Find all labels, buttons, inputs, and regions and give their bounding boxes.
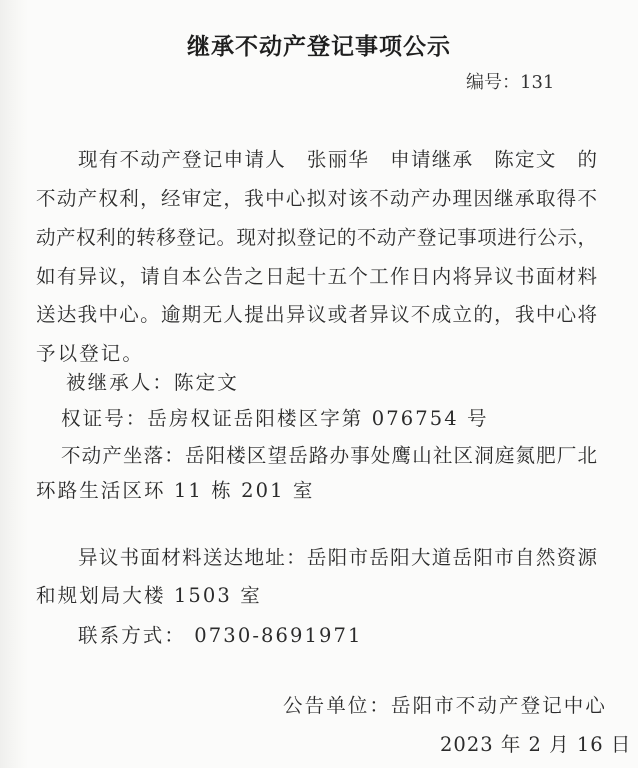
scanned-page-edge [0,0,28,768]
issue-date: 2023 年 2 月 16 日 [440,729,631,757]
document-number: 编号：131 [466,68,554,94]
paragraph-line: 如有异议，请自本公告之日起十五个工作日内将异议书面材料 [36,261,597,289]
location-line: 环路生活区环 11 栋 201 室 [36,475,315,503]
decedent-field: 被继承人：陈定文 [66,367,239,395]
address-line: 异议书面材料送达地址：岳阳市岳阳大道岳阳市自然资源 [78,542,597,570]
issuing-unit: 公告单位：岳阳市不动产登记中心 [283,690,607,718]
address-line: 和规划局大楼 1503 室 [36,580,262,608]
page-title: 继承不动产登记事项公示 [0,28,638,61]
paragraph-line: 不动产权利，经审定，我中心拟对该不动产办理因继承取得不 [36,183,597,211]
paragraph-line: 送达我中心。逾期无人提出异议或者异议不成立的，我中心将 [36,299,597,327]
paragraph-line: 动产权利的转移登记。现对拟登记的不动产登记事项进行公示， [36,222,597,250]
location-line: 不动产坐落：岳阳楼区望岳路办事处鹰山社区洞庭氮肥厂北 [61,440,597,468]
paragraph-line: 现有不动产登记申请人 张丽华 申请继承 陈定文 的 [78,144,597,172]
certificate-number-field: 权证号：岳房权证岳阳楼区字第 076754 号 [61,403,489,431]
contact-field: 联系方式： 0730-8691971 [78,620,363,648]
paragraph-line: 予以登记。 [36,338,144,366]
